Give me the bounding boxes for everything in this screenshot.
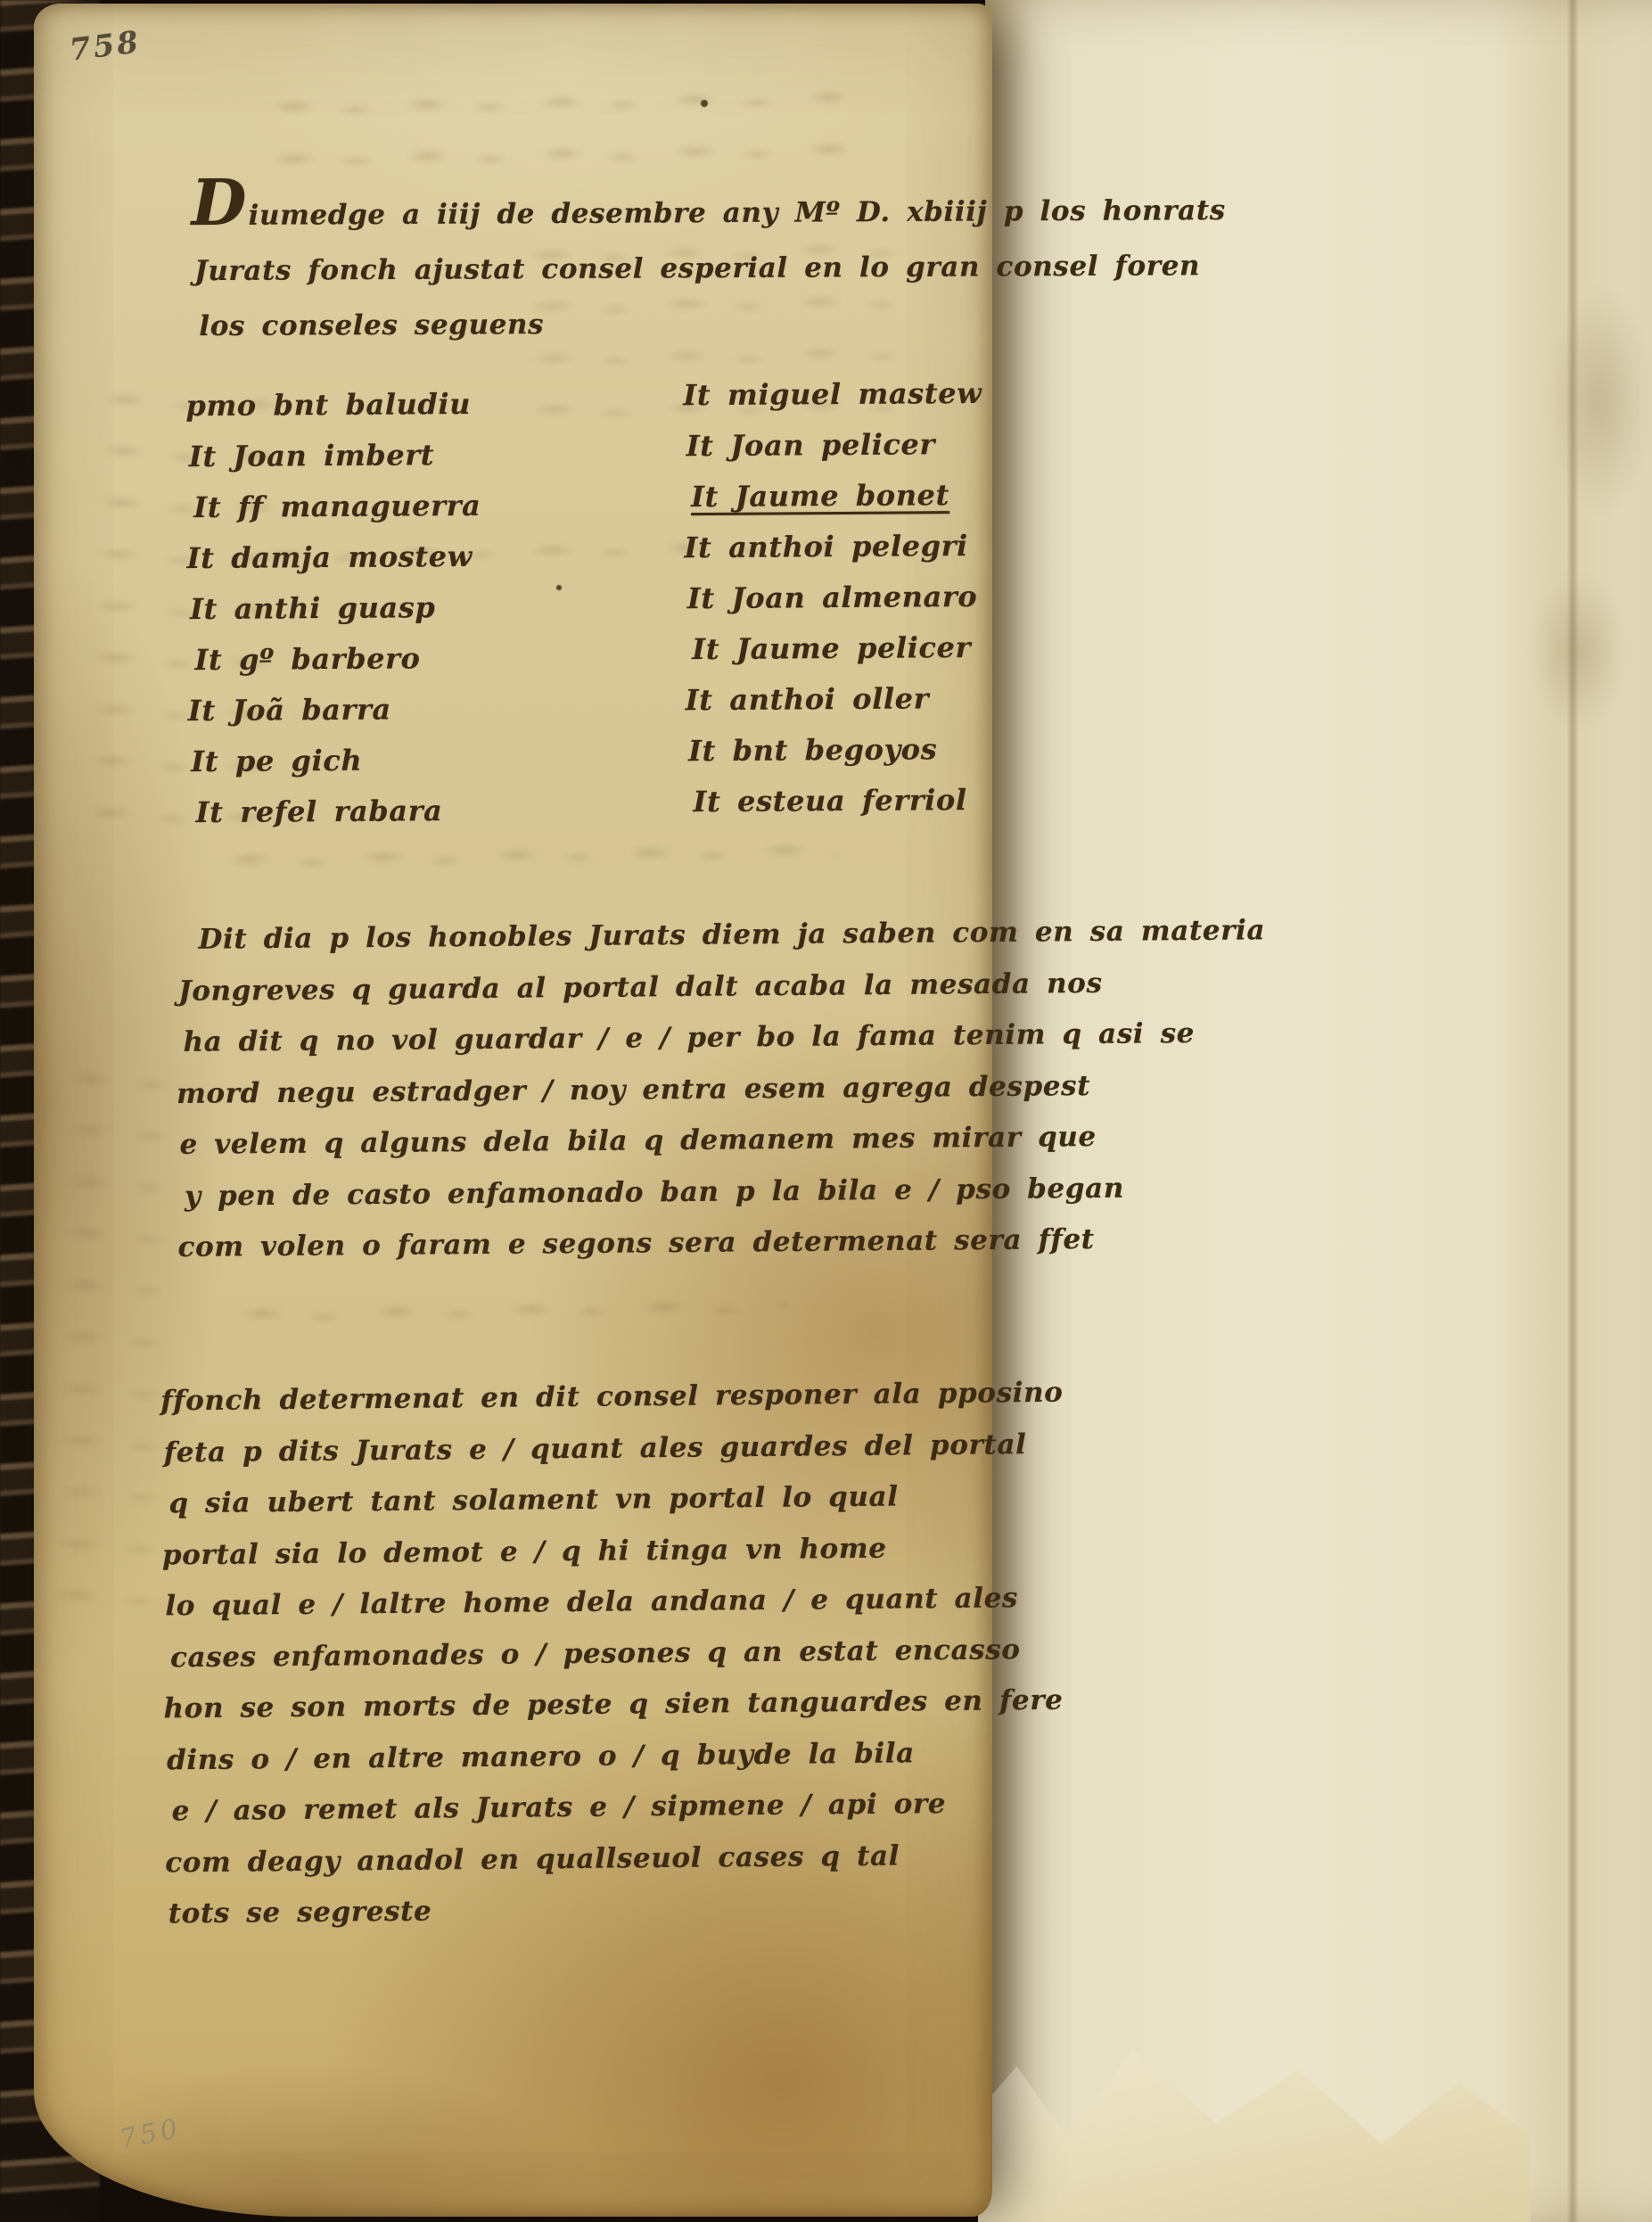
list-item: It pe gich (191, 734, 528, 787)
text-line: lo qual e / laltre home dela andana / e … (165, 1574, 982, 1633)
list-item: It refel rabara (195, 785, 528, 838)
bleed-through-marks (1529, 571, 1627, 731)
bleed-through-text (256, 73, 846, 193)
text-line: mord negu estradger / noy entra esem agr… (177, 1062, 982, 1120)
council-members-list: pmo bnt baludiu It Joan imbert It ff man… (188, 375, 985, 838)
text-line: ha dit q no vol guardar / e / per bo la … (183, 1010, 981, 1068)
text-line: cases enfamonades o / pesones q an estat… (170, 1625, 982, 1683)
list-item: It ff managuerra (193, 480, 526, 533)
text-line: q sia ubert tant solament vn portal lo q… (168, 1471, 981, 1530)
text-line: Dit dia p los honobles Jurats diem ja sa… (175, 908, 980, 966)
list-item: It Joã barra (188, 683, 528, 737)
text-line: Diumedge a iiij de desembre any Mº D. xb… (191, 177, 925, 243)
text-line: portal sia lo demot e / q hi tinga vn ho… (162, 1522, 982, 1581)
text-line: tots se segreste (168, 1881, 985, 1940)
ink-blot (701, 100, 708, 107)
list-item: It Joan almenaro (687, 572, 983, 624)
council-list-left-column: pmo bnt baludiu It Joan imbert It ff man… (188, 378, 528, 838)
torn-paper-patch (978, 2017, 1531, 2222)
list-item: It anthoi pelegri (684, 521, 982, 573)
manuscript-page: 758 Diumedge a iiij de desembre any Mº D… (34, 4, 992, 2217)
bleed-through-marks (1547, 285, 1652, 517)
text-line: y pen de casto enfamonado ban p la bila … (185, 1164, 982, 1222)
folio-number-top: 758 (68, 24, 143, 68)
resolution-paragraph: ffonch determenat en dit consel responer… (163, 1369, 984, 1940)
list-item: It Joan pelicer (686, 419, 982, 472)
facing-page-edge (985, 0, 1652, 2222)
text-line: los conseles seguens (199, 295, 925, 354)
list-item: It esteua ferriol (693, 775, 984, 827)
text-line: com deagy anadol en quallseuol cases q t… (165, 1830, 984, 1889)
proposal-paragraph: Dit dia p los honobles Jurats diem ja sa… (177, 908, 982, 1273)
text-line: Jongreves q guarda al portal dalt acaba … (178, 959, 981, 1017)
list-item: pmo bnt baludiu (185, 378, 525, 432)
list-item: It anthoi oller (685, 673, 983, 726)
text-line: com volen o faram e segons sera determen… (177, 1215, 982, 1273)
list-item: It Jaume pelicer (692, 622, 983, 675)
list-item: It Jaume bonet (691, 470, 982, 523)
council-list-right-column: It miguel mastew It Joan pelicer It Jaum… (686, 368, 985, 835)
bleed-through-text (225, 1281, 787, 1354)
text-line: Jurats fonch ajustat consel esperial en … (194, 240, 925, 299)
opening-paragraph: Diumedge a iiij de desembre any Mº D. xb… (193, 177, 925, 354)
folio-number-bottom: 750 (117, 2113, 184, 2156)
text-line: e velem q alguns dela bila q demanem mes… (179, 1113, 982, 1171)
text-line: feta p dits Jurats e / quant ales guarde… (164, 1420, 981, 1478)
list-item: It bnt begoyos (688, 724, 984, 777)
list-item: It gº barbero (194, 632, 527, 686)
list-item: It miguel mastew (683, 368, 982, 421)
text-line: ffonch determenat en dit consel responer… (160, 1369, 980, 1428)
text-line: dins o / en altre manero o / q buyde la … (167, 1727, 983, 1786)
list-item: It anthi guasp (190, 581, 527, 635)
list-item: It damja mostew (186, 531, 526, 584)
text-line: hon se son morts de peste q sien tanguar… (163, 1676, 982, 1735)
text-line: e / aso remet als Jurats e / sipmene / a… (171, 1779, 983, 1838)
list-item: It Joan imbert (189, 429, 526, 482)
manuscript-scan: 758 Diumedge a iiij de desembre any Mº D… (0, 0, 1652, 2222)
